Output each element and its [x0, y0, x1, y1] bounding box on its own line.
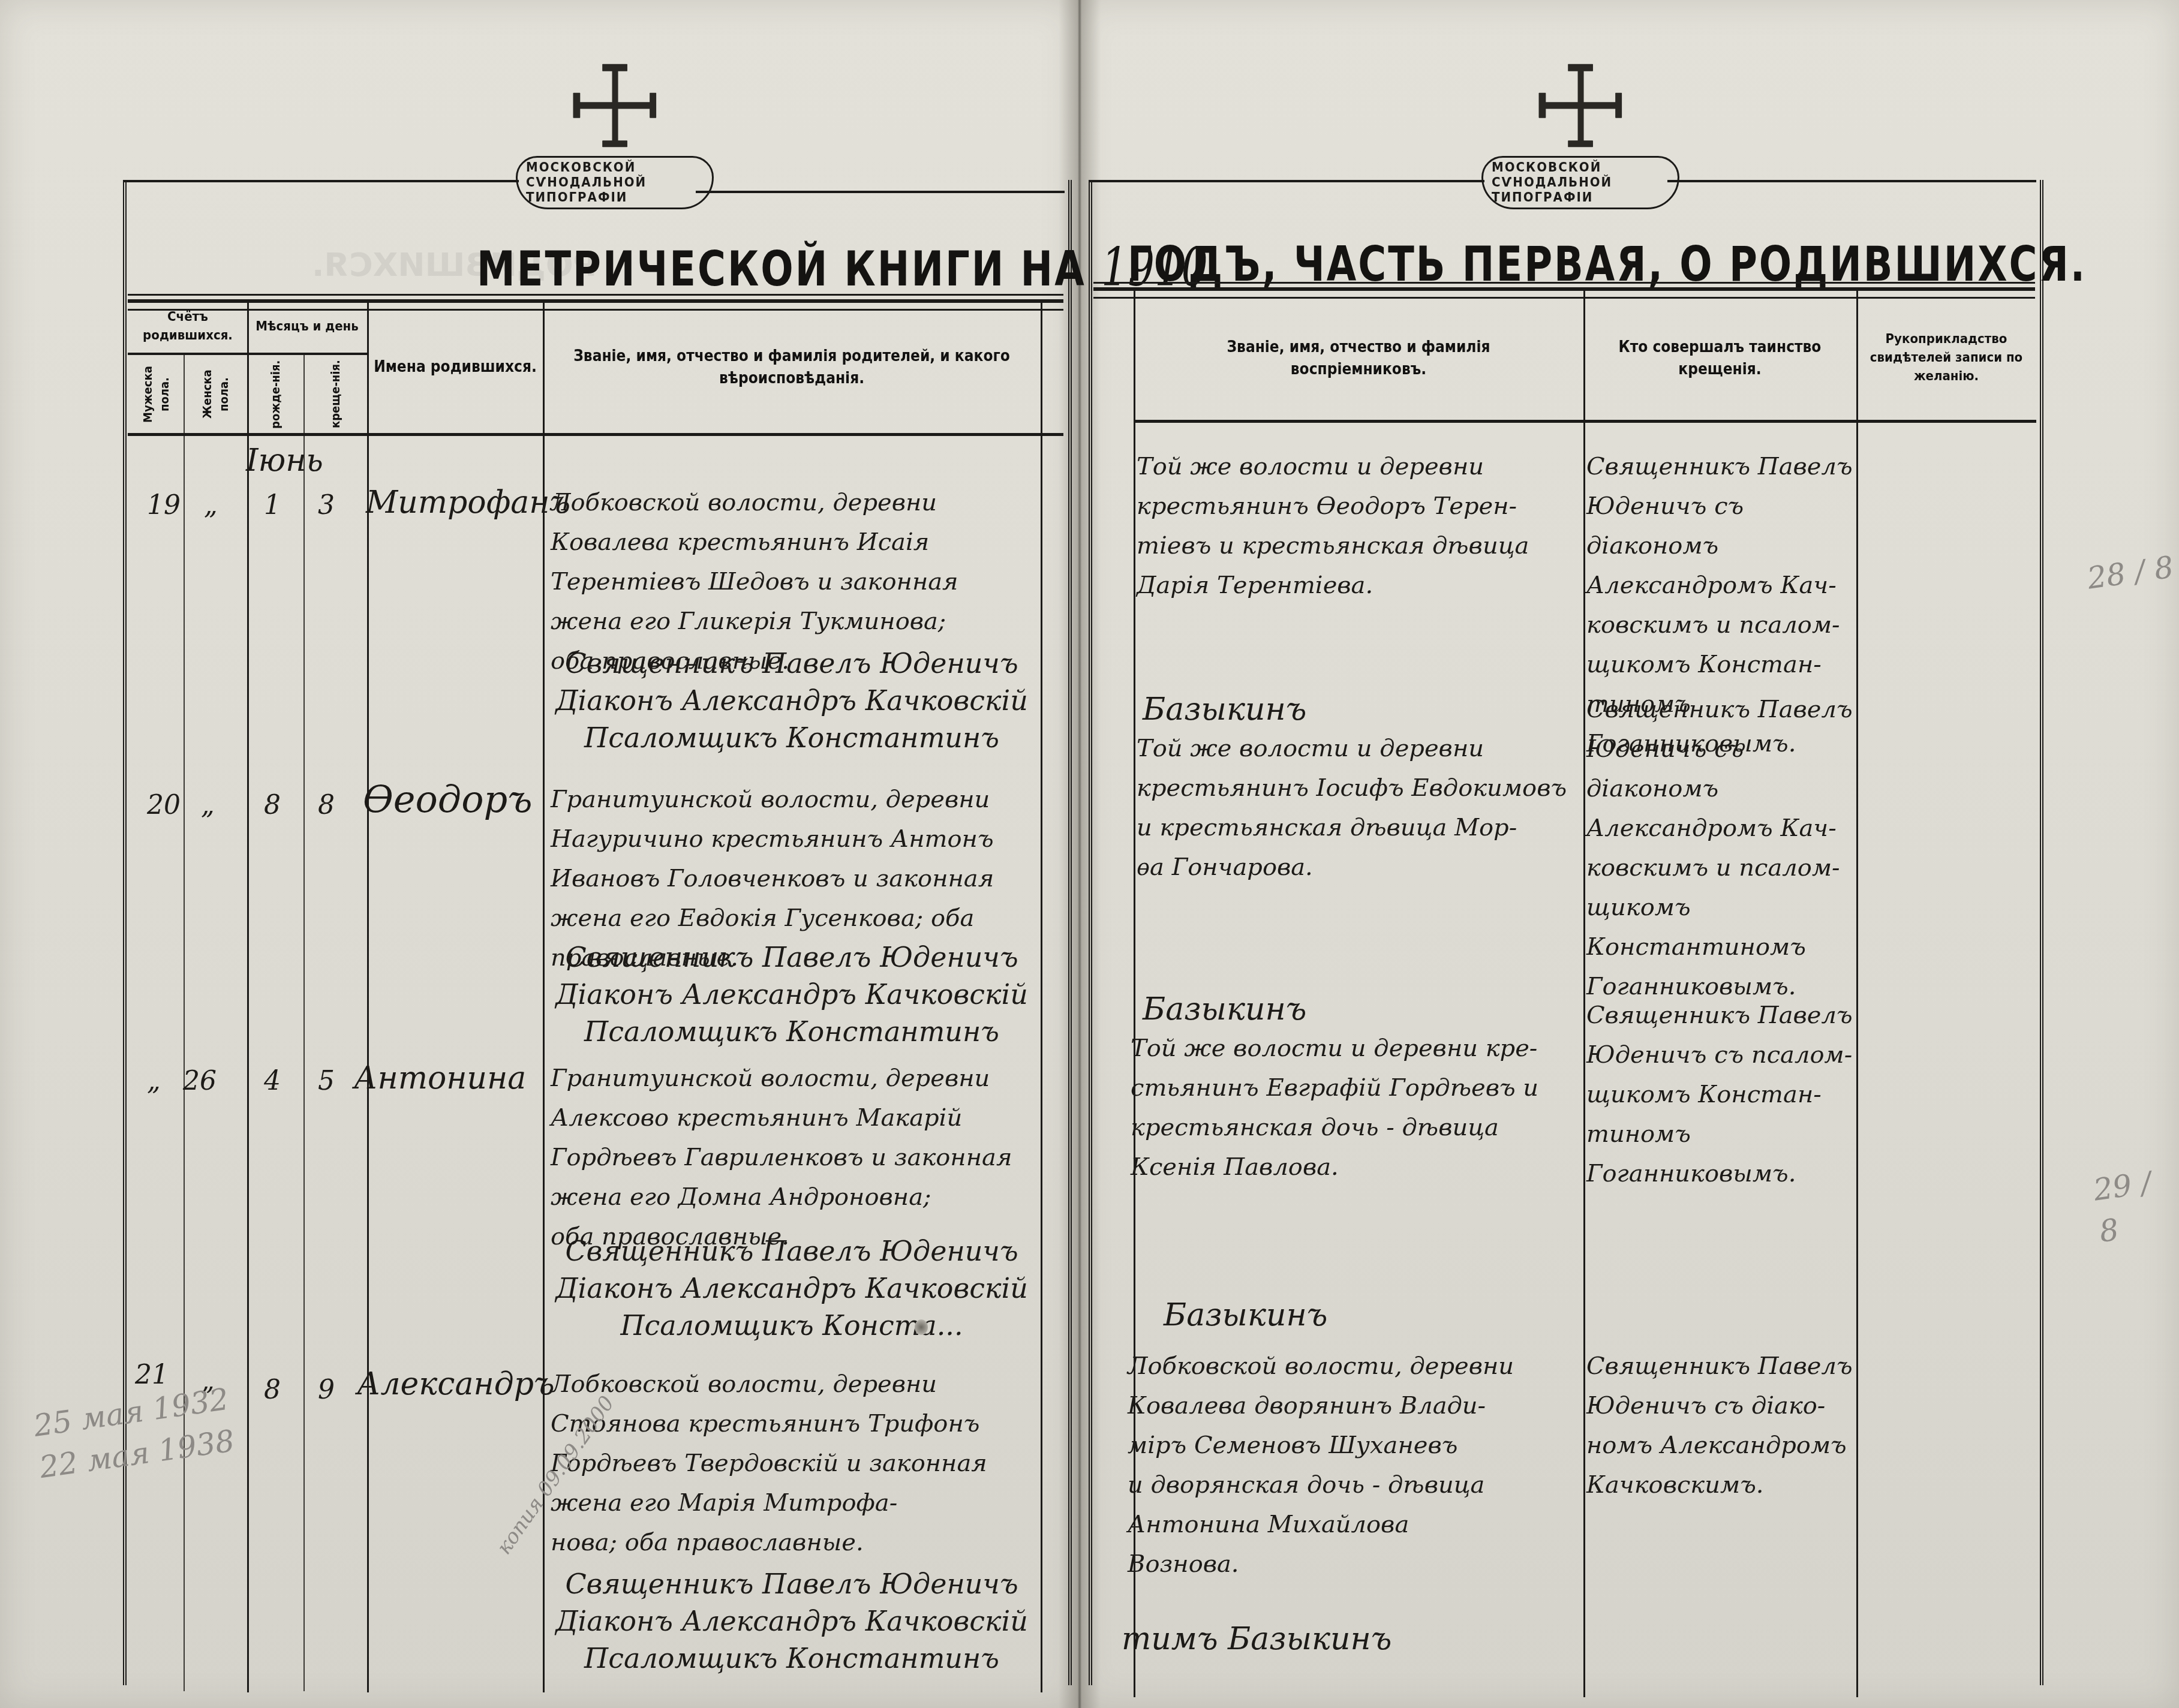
double-headed-eagle-icon: ☩: [1529, 48, 1631, 168]
record-1-clergy-signatures: Священникъ Павелъ Юденичъ Діаконъ Алекса…: [528, 645, 1056, 756]
record-3-godparents: Той же волости и деревни кре- стьянинъ Е…: [1131, 1029, 1598, 1187]
month-label: Іюнь: [246, 441, 323, 480]
record-3-male-no: „: [147, 1062, 161, 1101]
header-names: Имена родившихся.: [368, 303, 542, 432]
record-4-godparent-signature: Базыкинъ: [1164, 1295, 1327, 1335]
record-4-birth-day: 8: [264, 1370, 281, 1410]
header-bottom-rule: [128, 433, 1063, 436]
record-3-child-name: Антонина: [354, 1059, 526, 1098]
header-performed-by: Кто совершалъ таинство крещенія.: [1586, 300, 1853, 417]
footer-signature: тимъ Базыкинъ: [1122, 1619, 1391, 1659]
record-4-child-name: Александръ: [357, 1364, 555, 1404]
record-2-birth-day: 8: [264, 786, 281, 825]
record-2-performed-by: Священникъ Павелъ Юденичъ съ діакономъ А…: [1586, 690, 1862, 1006]
right-top-rule-2: [1667, 180, 2036, 182]
record-2-female-no: „: [201, 786, 215, 825]
record-2-godparent-signature: Базыкинъ: [1143, 690, 1306, 729]
record-3-birth-day: 4: [264, 1062, 281, 1101]
title-text: МЕТРИЧЕСКОЙ КНИГИ НА: [477, 242, 1086, 298]
left-top-rule: [123, 180, 519, 182]
record-2-child-name: Ѳеодоръ: [363, 780, 532, 819]
record-4-godparents: Лобковской волости, деревни Ковалева дво…: [1128, 1346, 1595, 1584]
header-bottom-rule: [1134, 420, 2036, 423]
header-count: Счётъ родившихся.: [129, 303, 247, 351]
right-header-rule: [1093, 282, 2035, 299]
record-3-parents: Гранитуинской волости, деревни Алексово …: [551, 1059, 1042, 1256]
record-4-parents: Лобковской волости, деревни Стоянова кре…: [551, 1364, 1042, 1562]
header-baptism: креще-нія.: [305, 357, 365, 432]
header-month-day: Мѣсяцъ и день: [248, 303, 366, 351]
record-2-godparents: Той же волости и деревни крестьянинъ Іос…: [1137, 729, 1592, 887]
record-4-clergy-signatures: Священникъ Павелъ Юденичъ Діаконъ Алекса…: [528, 1565, 1056, 1677]
paper-hole: [915, 1319, 928, 1335]
header-male: Мужеска пола.: [129, 357, 183, 432]
record-4-baptism-day: 9: [318, 1370, 335, 1410]
record-4-performed-by: Священникъ Павелъ Юденичъ съ діако- номъ…: [1586, 1346, 1862, 1505]
record-1-male-no: 19: [147, 486, 181, 525]
record-1-birth-day: 1: [264, 486, 281, 525]
col-divider: [247, 301, 249, 1692]
record-2-clergy-signatures: Священникъ Павелъ Юденичъ Діаконъ Алекса…: [528, 939, 1056, 1050]
record-1-child-name: Митрофанъ: [366, 483, 570, 522]
double-headed-eagle-icon: ☩: [564, 48, 666, 168]
header-godparents: Званіе, имя, отчество и фамилія воспріем…: [1137, 300, 1580, 417]
record-3-baptism-day: 5: [318, 1062, 335, 1101]
record-3-godparent-signature: Базыкинъ: [1143, 990, 1306, 1029]
record-2-male-no: 20: [147, 786, 181, 825]
header-birth: рожде-нія.: [248, 357, 302, 432]
record-3-female-no: 26: [183, 1062, 217, 1101]
record-3-performed-by: Священникъ Павелъ Юденичъ съ псалом- щик…: [1586, 996, 1862, 1193]
margin-note-lower: 29 / 8: [2091, 1158, 2179, 1253]
col-divider: [184, 354, 185, 1691]
header-female: Женска пола.: [185, 357, 245, 432]
right-top-rule: [1089, 180, 1484, 182]
record-1-female-no: „: [204, 486, 218, 525]
subheader-rule: [128, 353, 368, 355]
header-witness-signatures: Рукоприкладство свидѣтелей записи по жел…: [1859, 300, 2033, 417]
record-2-baptism-day: 8: [318, 786, 335, 825]
record-1-baptism-day: 3: [318, 486, 335, 525]
record-1-godparents: Той же волости и деревни крестьянинъ Ѳео…: [1137, 447, 1592, 605]
record-3-clergy-signatures: Священникъ Павелъ Юденичъ Діаконъ Алекса…: [528, 1232, 1056, 1344]
left-top-rule-2: [696, 191, 1065, 193]
col-divider: [303, 354, 305, 1691]
header-parents: Званіе, имя, отчество и фамилія родителе…: [546, 303, 1038, 432]
